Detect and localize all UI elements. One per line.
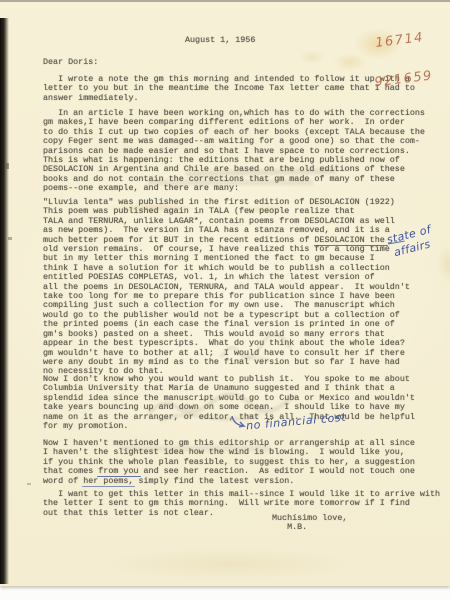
paragraph-4: Now I don't know who you would want to p… xyxy=(43,375,415,431)
scan-top-edge xyxy=(0,0,450,2)
scan-speck xyxy=(27,483,31,485)
pencil-number-line1: 16714 xyxy=(369,31,429,51)
letter-page: August 1, 1956 Dear Doris: I wrote a not… xyxy=(0,2,450,586)
scan-left-edge xyxy=(0,18,9,584)
erased-pencil-smudge xyxy=(120,446,270,451)
ink-underline-her-poems xyxy=(82,486,135,487)
paragraph-1: I wrote a note the gm this morning and i… xyxy=(43,75,415,103)
paragraph-3: "Lluvia lenta" was published in the firs… xyxy=(43,198,410,377)
closing-signature: Muchísimo love, M.B. xyxy=(272,514,347,533)
pencil-catalog-numbers: 16714 921659 xyxy=(366,5,437,115)
erased-pencil-smudge xyxy=(148,180,313,185)
pencil-number-line2: 921659 xyxy=(374,69,434,89)
salutation: Dear Doris: xyxy=(43,58,98,67)
date-line: August 1, 1956 xyxy=(185,36,255,45)
paragraph-6: I want to get this letter in this mail--… xyxy=(43,490,440,518)
